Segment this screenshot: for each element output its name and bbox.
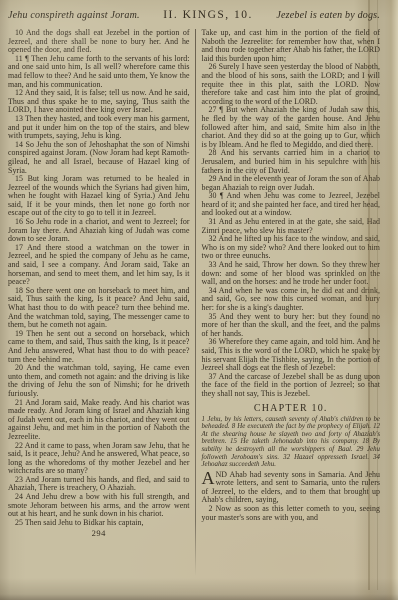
verse-text: 25 Then said Jehu to Bidkar his captain, bbox=[8, 519, 190, 528]
verse-text: 18 So there went one on horseback to mee… bbox=[8, 287, 190, 330]
verse-text: Take up, and cast him in the portion of … bbox=[202, 29, 381, 63]
column-divider-rule bbox=[195, 29, 196, 576]
verse-text: 14 So Jehu the son of Jehoshaphat the so… bbox=[8, 141, 190, 175]
left-column: 10 And the dogs shall eat Jezebel in the… bbox=[8, 29, 190, 576]
verse-text: 29 And in the eleventh year of Joram the… bbox=[202, 175, 381, 192]
verse-text: 17 And there stood a watchman on the tow… bbox=[8, 244, 190, 287]
verse-text: 30 ¶ And when Jehu was come to Jezreel, … bbox=[202, 192, 381, 218]
verse-text: 27 ¶ But when Ahaziah the king of Judah … bbox=[202, 106, 381, 149]
verse-text: 34 And when he was come in, he did eat a… bbox=[202, 287, 381, 313]
running-title-left: Jehu conspireth against Joram. bbox=[8, 10, 140, 21]
verse-text: 15 But king Joram was returned to be hea… bbox=[8, 175, 190, 218]
running-title-right: Jezebel is eaten by dogs. bbox=[276, 10, 380, 21]
verse-text: 16 So Jehu rode in a chariot, and went t… bbox=[8, 218, 190, 244]
verse-text: 33 And he said, Throw her down. So they … bbox=[202, 261, 381, 287]
page-number: 294 bbox=[8, 528, 190, 538]
verse-text: 32 And he lifted up his face to the wind… bbox=[202, 235, 381, 261]
verse-text: 21 And Joram said, Make ready. And his c… bbox=[8, 399, 190, 442]
book-chapter-title: II. KINGS, 10. bbox=[163, 9, 253, 21]
verse-text: 20 And the watchman told, saying, He cam… bbox=[8, 364, 190, 398]
verse-text: 24 And Jehu drew a bow with his full str… bbox=[8, 493, 190, 519]
verse-text: 13 Then they hasted, and took every man … bbox=[8, 115, 190, 141]
page-edge-line bbox=[377, 0, 378, 590]
verse-text: 26 Surely I have seen yesterday the bloo… bbox=[202, 63, 381, 106]
verse-text: ND Ahab had seventy sons in Samaria. And… bbox=[202, 470, 381, 505]
verse-text: 23 And Joram turned his hands, and fled,… bbox=[8, 476, 190, 493]
verse-text: 2 Now as soon as this letter cometh to y… bbox=[202, 505, 381, 522]
verse-text: 31 And as Jehu entered in at the gate, s… bbox=[202, 218, 381, 235]
verse-text: 12 And they said, It is false; tell us n… bbox=[8, 89, 190, 115]
text-columns: 10 And the dogs shall eat Jezebel in the… bbox=[8, 29, 380, 576]
right-column: Take up, and cast him in the portion of … bbox=[202, 29, 381, 576]
verse-text: 22 And it came to pass, when Joram saw J… bbox=[8, 442, 190, 476]
verse-text: 35 And they went to bury her: but they f… bbox=[202, 313, 381, 339]
drop-cap-letter: A bbox=[202, 471, 216, 487]
bible-page-scan: Jehu conspireth against Joram. II. KINGS… bbox=[0, 0, 398, 600]
verse-text: 11 ¶ Then Jehu came forth to the servant… bbox=[8, 55, 190, 89]
verse-text: 28 And his servants carried him in a cha… bbox=[202, 149, 381, 175]
page-header: Jehu conspireth against Joram. II. KINGS… bbox=[8, 9, 380, 21]
verse-text: 19 Then he sent out a second on horsebac… bbox=[8, 330, 190, 364]
verse-text: 36 Wherefore they came again, and told h… bbox=[202, 338, 381, 372]
verse-text-dropcap: AND Ahab had seventy sons in Samaria. An… bbox=[202, 471, 381, 505]
chapter-heading: CHAPTER 10. bbox=[202, 403, 381, 414]
verse-text: 37 And the carcase of Jezebel shall be a… bbox=[202, 373, 381, 399]
page-crease bbox=[368, 0, 370, 590]
chapter-summary: 1 Jehu, by his letters, causeth seventy … bbox=[202, 416, 381, 469]
verse-text: 10 And the dogs shall eat Jezebel in the… bbox=[8, 29, 190, 55]
